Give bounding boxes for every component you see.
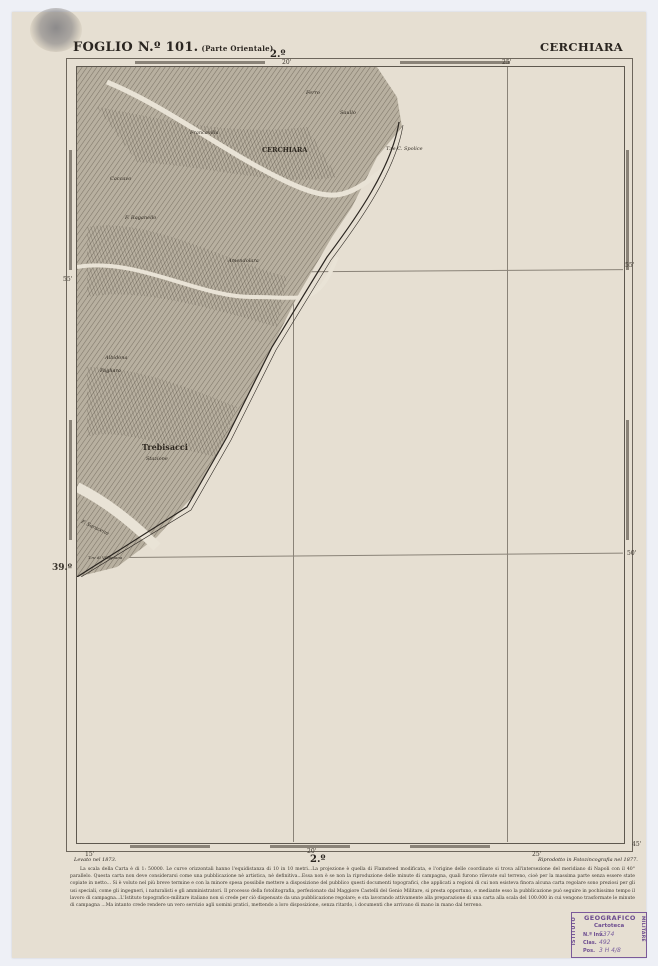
tick-top-20: 20' xyxy=(282,59,291,66)
stamp-title: GEOGRAFICO xyxy=(584,914,636,922)
stamp-side-left: ISTITUTO xyxy=(571,917,577,945)
place-albidona: Albidona xyxy=(105,355,127,361)
place-caccavo: Caccavo xyxy=(110,176,131,182)
place-saullo: Saullo xyxy=(340,110,356,116)
place-trebisacci: Trebisacci xyxy=(142,442,188,452)
place-stazione: Stazione xyxy=(146,456,168,462)
tick-right-55: 55' xyxy=(625,262,634,269)
place-francavilla: Francavilla xyxy=(190,130,218,136)
place-pagliara: Pagliara xyxy=(100,368,121,374)
stamp-clas-label: Clas. xyxy=(583,940,597,946)
sheet-subtitle: (Parte Orientale) xyxy=(202,44,274,53)
scale-bar-right xyxy=(626,150,629,270)
scale-bar-left xyxy=(69,420,72,540)
reproduction-note: Riprodotto in Fotozincografia nel 1877. xyxy=(538,857,638,863)
tick-top-25: 25' xyxy=(502,59,511,66)
grid-line-25 xyxy=(507,67,508,842)
scale-bar-top xyxy=(135,61,265,64)
sheet-number: FOGLIO N.º 101. xyxy=(73,40,199,55)
sheet-name: CERCHIARA xyxy=(540,40,623,54)
stamp-pos-value: 3 H 4/8 xyxy=(599,947,621,954)
tick-right-50: 50' xyxy=(627,550,636,557)
place-cerchiara: CERCHIARA xyxy=(262,146,307,154)
stamp-side-right: MILITARE xyxy=(640,916,645,942)
archive-stamp: ISTITUTO GEOGRAFICO Cartoteca N.º Inv. 5… xyxy=(571,912,647,958)
tick-left-55: 55' xyxy=(63,276,72,283)
scale-bar-right xyxy=(626,420,629,540)
scale-bar-bottom xyxy=(130,845,210,848)
sheet-title: FOGLIO N.º 101.(Parte Orientale) xyxy=(73,40,274,55)
map-legend-text: La scala della Carta è di 1: 50000. Le c… xyxy=(70,866,635,909)
scale-bar-left xyxy=(69,150,72,270)
latitude-mark: 39.º xyxy=(52,563,72,573)
scale-bar-bottom xyxy=(410,845,490,848)
place-ferro: Ferro xyxy=(306,90,320,96)
terrain-map xyxy=(77,67,407,577)
stamp-clas-value: 492 xyxy=(599,939,610,946)
survey-note: Levato nel 1873. xyxy=(74,857,116,863)
place-amendolara: Amendolara xyxy=(228,258,259,264)
longitude-bottom: 2.º xyxy=(310,854,325,865)
place-villapiana: T.re di Villapiana xyxy=(88,555,122,560)
stamp-inv-value: 5374 xyxy=(599,931,614,938)
place-raganello: F. Raganello xyxy=(125,215,156,221)
stamp-pos-label: Pos. xyxy=(583,948,595,954)
tick-right-45: 45' xyxy=(632,841,641,848)
place-spolice: T.re C. Spolice xyxy=(386,146,423,152)
stamp-section: Cartoteca xyxy=(594,923,624,929)
scale-bar-top xyxy=(400,61,510,64)
